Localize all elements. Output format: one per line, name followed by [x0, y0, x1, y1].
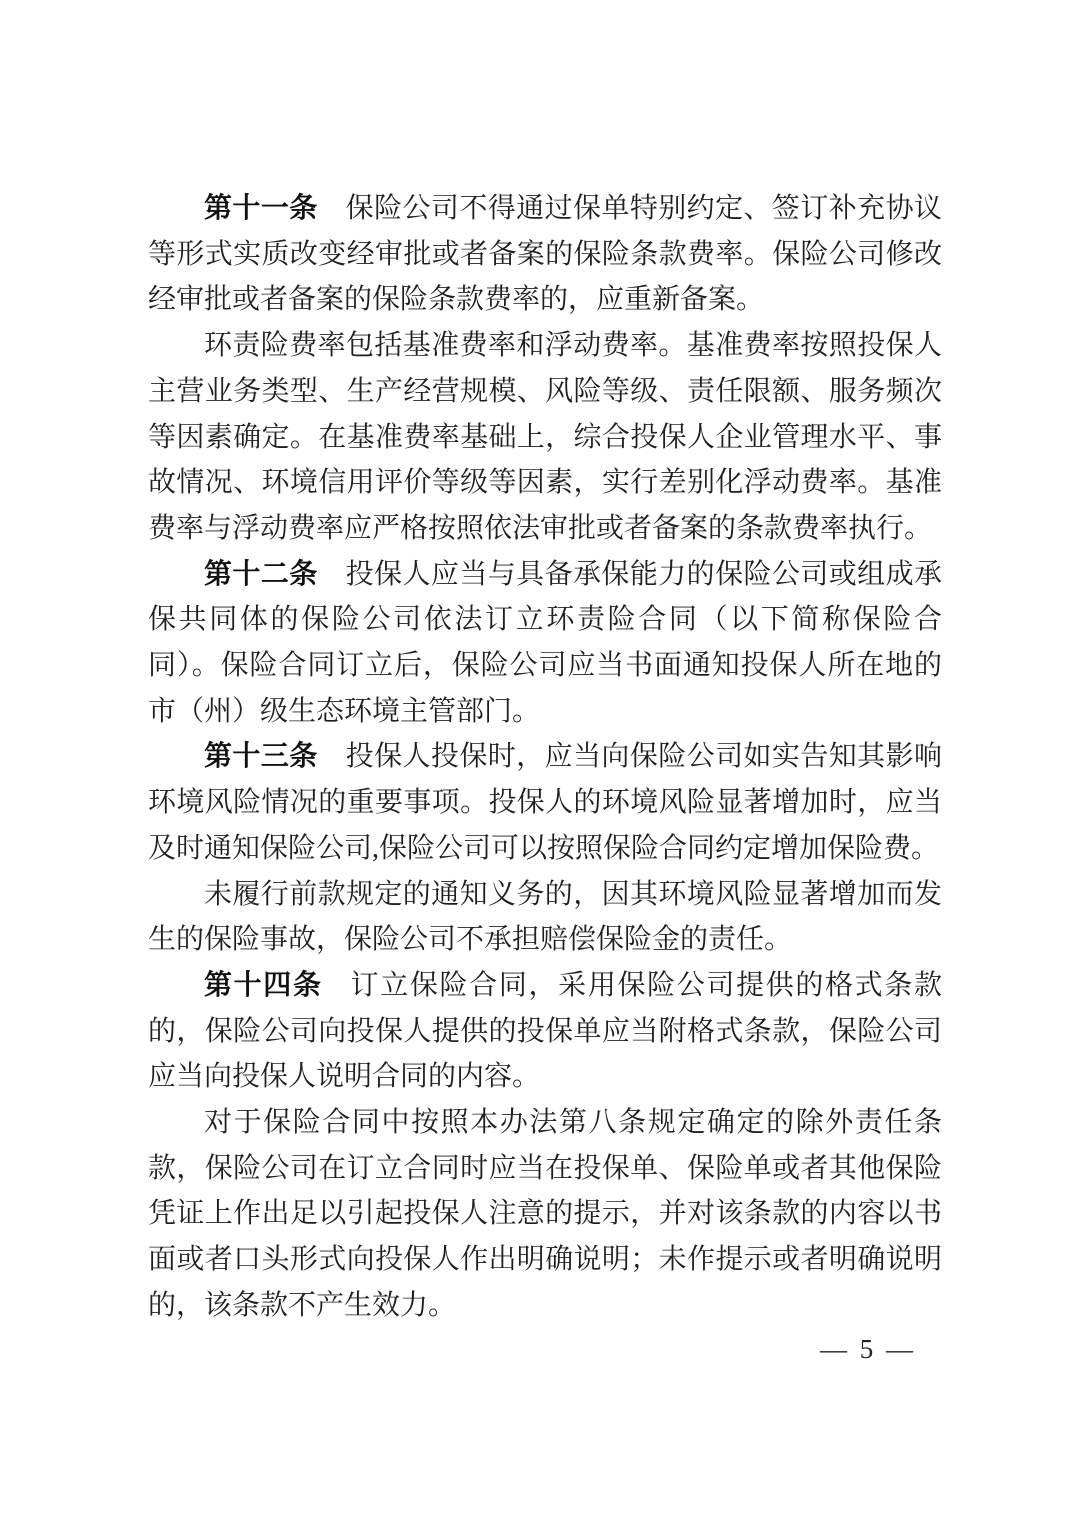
article-paragraph-14: 第十四条订立保险合同，采用保险公司提供的格式条款的，保险公司向投保人提供的投保单… [148, 963, 942, 1100]
article-paragraph-13: 第十三条投保人投保时，应当向保险公司如实告知其影响环境风险情况的重要事项。投保人… [148, 734, 942, 871]
article-number-label: 第十三条 [204, 741, 318, 772]
article-number-label: 第十一条 [204, 193, 318, 224]
paragraph-notice-obligation: 未履行前款规定的通知义务的，因其环境风险显著增加而发生的保险事故，保险公司不承担… [148, 872, 942, 963]
paragraph-text: 未履行前款规定的通知义务的，因其环境风险显著增加而发生的保险事故，保险公司不承担… [148, 879, 942, 956]
document-page: 第十一条保险公司不得通过保单特别约定、签订补充协议等形式实质改变经审批或者备案的… [0, 0, 1074, 1520]
paragraph-text: 环责险费率包括基准费率和浮动费率。基准费率按照投保人主营业务类型、生产经营规模、… [148, 330, 942, 544]
article-number-label: 第十四条 [204, 970, 323, 1001]
paragraph-rate-rules: 环责险费率包括基准费率和浮动费率。基准费率按照投保人主营业务类型、生产经营规模、… [148, 323, 942, 552]
paragraph-text: 对于保险合同中按照本办法第八条规定确定的除外责任条款，保险公司在订立合同时应当在… [148, 1107, 942, 1321]
article-paragraph-12: 第十二条投保人应当与具备承保能力的保险公司或组成承保共同体的保险公司依法订立环责… [148, 552, 942, 735]
paragraph-exclusion-clause: 对于保险合同中按照本办法第八条规定确定的除外责任条款，保险公司在订立合同时应当在… [148, 1100, 942, 1329]
page-number: — 5 — [820, 1334, 916, 1365]
document-body: 第十一条保险公司不得通过保单特别约定、签订补充协议等形式实质改变经审批或者备案的… [148, 186, 942, 1329]
article-paragraph-11: 第十一条保险公司不得通过保单特别约定、签订补充协议等形式实质改变经审批或者备案的… [148, 186, 942, 323]
article-number-label: 第十二条 [204, 559, 318, 590]
